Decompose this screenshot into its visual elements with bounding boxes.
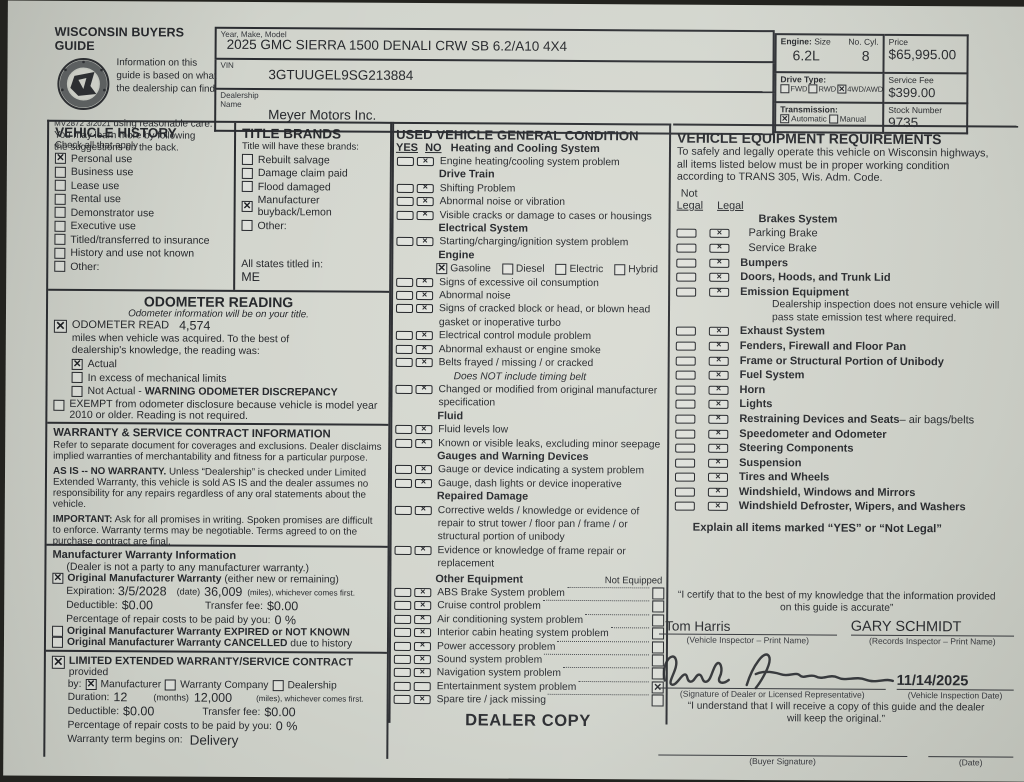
odometer-section: ODOMETER READING Odometer information wi… (47, 289, 389, 424)
no-checkbox (415, 465, 432, 474)
history-item: Business use (55, 166, 230, 179)
odometer-value: 4,574 (179, 319, 210, 333)
condition-item-label: Abnormal exhaust or engine smoke (439, 343, 666, 358)
vehicle-history-title: VEHICLE HISTORY (55, 125, 230, 141)
yes-checkbox (396, 331, 413, 340)
equipment-column: VEHICLE EQUIPMENT REQUIREMENTS To safely… (671, 124, 1018, 536)
vehicle-inspector-name: Tom Harris (659, 618, 837, 634)
condition-item-label: Visible cracks or damage to cases or hou… (440, 209, 667, 224)
manual-checkbox (829, 115, 838, 124)
other-equipment-label: Air conditioning system problem (437, 613, 583, 627)
equipment-item-label: Speedometer and Odometer (739, 426, 886, 441)
legal-checkbox (709, 229, 729, 238)
yes-checkbox (395, 438, 412, 447)
brand-checkbox (242, 181, 253, 192)
condition-item-label: Abnormal noise or vibration (440, 195, 667, 210)
not-legal-checkbox (676, 342, 696, 351)
left-column: VEHICLE HISTORY Check all that apply Per… (43, 120, 392, 759)
not-legal-checkbox (675, 473, 695, 482)
yes-checkbox (397, 184, 414, 193)
form-title: WISCONSIN BUYERS GUIDE (55, 25, 227, 54)
no-checkbox (416, 358, 433, 367)
vin-value: 3GTUUGEL9SG213884 (268, 67, 768, 85)
yes-checkbox (394, 615, 411, 624)
condition-list-2: Signs of excessive oil consumption Abnor… (393, 276, 666, 573)
year-make-model-field: Year, Make, Model 2025 GMC SIERRA 1500 D… (215, 27, 775, 63)
equipment-item-label: Restraining Devices and Seats (739, 412, 899, 428)
history-checkbox (55, 207, 66, 218)
history-checkbox (55, 153, 66, 164)
records-inspector-name: GARY SCHMIDT (851, 619, 1014, 636)
warranty-info-section: WARRANTY & SERVICE CONTRACT INFORMATION … (47, 422, 389, 546)
history-item: Titled/transferred to insurance (54, 233, 229, 246)
not-legal-checkbox (676, 229, 696, 238)
history-checkbox (54, 234, 65, 245)
condition-row: Evidence or knowledge of frame repair or… (393, 544, 664, 572)
other-equipment-label: Sound system problem (437, 653, 542, 667)
no-checkbox (414, 615, 431, 624)
history-item-label: Lease use (71, 179, 120, 191)
dealer-signature-field: (Signature of Dealer or Licensed Represe… (659, 646, 887, 699)
no-checkbox (416, 385, 433, 394)
equipment-item-label: Bumpers (740, 256, 788, 271)
not-legal-checkbox (675, 400, 695, 409)
equipment-item-label: Doors, Hoods, and Trunk Lid (740, 270, 890, 286)
transfer-fee-value: $0.00 (267, 599, 298, 613)
first-section-heading: Heating and Cooling System (451, 142, 600, 155)
condition-row: Changed or modified from original manufa… (394, 383, 665, 411)
brand-item-label: Damage claim paid (258, 167, 348, 180)
equipment-item-label: Fuel System (740, 368, 805, 383)
yes-checkbox (394, 588, 411, 597)
history-item-label: Demonstrator use (71, 206, 155, 219)
no-checkbox (414, 668, 431, 677)
equipment-heading: Brakes System (759, 212, 838, 227)
records-inspector-field: GARY SCHMIDT (Records Inspector – Print … (851, 619, 1014, 647)
legal-checkbox (708, 502, 728, 511)
automatic-checkbox (780, 114, 789, 123)
not-legal-checkbox (676, 273, 696, 282)
yes-checkbox (394, 668, 411, 677)
condition-item-label: Changed or modified from original manufa… (438, 383, 665, 411)
history-checkbox (54, 247, 65, 258)
legal-checkbox (708, 444, 728, 453)
no-checkbox (416, 304, 433, 313)
yes-checkbox (397, 210, 414, 219)
legal-checkbox (709, 288, 729, 297)
duration-value: 12 (113, 690, 127, 704)
condition-note: Does NOT include timing belt (454, 370, 587, 384)
drive-type-field: Drive Type: FWD RWD 4WD/AWD (774, 73, 884, 104)
not-legal-checkbox (675, 414, 695, 423)
no-checkbox (414, 642, 431, 651)
yes-checkbox (394, 601, 411, 610)
titled-in-label: All states titled in: (241, 257, 385, 270)
brand-item: Flood damaged (242, 180, 386, 193)
history-checkbox (54, 220, 65, 231)
legal-checkbox (709, 356, 729, 365)
no-checkbox (416, 278, 433, 287)
yes-checkbox (396, 358, 413, 367)
legal-checkbox (709, 385, 729, 394)
history-checkbox (55, 166, 66, 177)
history-item: Demonstrator use (55, 206, 230, 219)
service-fee-value: $399.00 (888, 85, 962, 100)
explain-instruction: Explain all items marked “YES” or “Not L… (693, 522, 1016, 536)
condition-item-label: Corrective welds / knowledge or evidence… (438, 504, 665, 546)
dotted-leader (578, 681, 648, 682)
not-equipped-header: Not Equipped (605, 575, 663, 586)
yes-checkbox (395, 479, 412, 488)
condition-section-heading: Gauges and Warning Devices (437, 450, 588, 464)
dotted-leader (611, 627, 649, 628)
warranty-miles-value: 36,009 (204, 585, 242, 599)
not-legal-checkbox (676, 371, 696, 380)
not-legal-checkbox (676, 385, 696, 394)
equipment-item-label: Exhaust System (740, 324, 825, 339)
ext-transfer-fee-value: $0.00 (264, 705, 295, 719)
history-item: Executive use (54, 220, 229, 233)
condition-section-heading: Drive Train (439, 169, 495, 183)
year-make-model-value: 2025 GMC SIERRA 1500 DENALI CRW SB 6.2/A… (227, 37, 769, 55)
brand-item-label: Other: (257, 220, 286, 232)
rwd-checkbox (808, 84, 817, 93)
condition-column: USED VEHICLE GENERAL CONDITION YES NO He… (388, 122, 671, 725)
dotted-leader (548, 694, 649, 696)
brand-item: Rebuilt salvage (242, 153, 386, 166)
no-checkbox (414, 588, 431, 597)
not-legal-checkbox (675, 458, 695, 467)
no-checkbox (416, 291, 433, 300)
history-item-label: Other: (70, 260, 99, 272)
expiration-value: 3/5/2028 (118, 584, 167, 598)
inspection-date-field: 11/14/2025 (Vehicle Inspection Date) (896, 673, 1013, 701)
yes-checkbox (395, 425, 412, 434)
buyer-date-field: (Date) (928, 756, 1013, 768)
no-checkbox (416, 345, 433, 354)
brand-checkbox (242, 167, 253, 178)
condition-item-label: Gauge or device indicating a system prob… (438, 463, 665, 478)
condition-item-label: Shifting Problem (440, 182, 667, 197)
engine-field: Engine: SizeNo. Cyl. 6.2L 8 (774, 33, 884, 74)
legal-checkbox (709, 371, 729, 380)
buyer-signature-field: (Buyer Signature) (658, 754, 907, 767)
expired-checkbox (52, 626, 63, 637)
equipment-col-headers: Not LegalLegal (677, 187, 1018, 213)
condition-item-label: Fluid levels low (438, 423, 665, 438)
brand-item: Damage claim paid (242, 167, 386, 180)
orig-warranty-checkbox (52, 573, 63, 584)
price-field: Price $65,995.00 (884, 34, 968, 75)
dealer-copy-label: DEALER COPY (392, 711, 663, 732)
not-legal-checkbox (675, 429, 695, 438)
condition-item-label: Signs of excessive oil consumption (439, 276, 666, 291)
other-equipment-label: Spare tire / jack missing (437, 693, 546, 707)
yes-checkbox (395, 505, 412, 514)
yes-checkbox (394, 655, 411, 664)
yes-checkbox (397, 197, 414, 206)
gasoline-checkbox (436, 264, 447, 275)
legal-checkbox (708, 429, 728, 438)
not-legal-checkbox (675, 502, 695, 511)
no-checkbox (414, 695, 431, 704)
condition-row: Signs of cracked block or head, or blown… (395, 302, 666, 330)
fuel-type-row: Gasoline Diesel Electric Hybrid (435, 262, 666, 277)
title-brands-title: TITLE BRANDS (242, 126, 386, 142)
service-fee-field: Service Fee $399.00 (884, 74, 968, 105)
history-item-label: Titled/transferred to insurance (70, 233, 209, 246)
actual-checkbox (72, 358, 83, 369)
no-checkbox (414, 682, 431, 691)
history-item-label: Executive use (70, 220, 135, 232)
no-checkbox (416, 331, 433, 340)
extended-warranty-section: LIMITED EXTENDED WARRANTY/SERVICE CONTRA… (45, 650, 387, 759)
yes-checkbox (396, 385, 413, 394)
legal-checkbox (709, 244, 729, 253)
title-brands-list: Rebuilt salvage Damage claim paid Flood … (241, 153, 385, 232)
history-checkbox (54, 261, 65, 272)
history-item: Lease use (55, 179, 230, 192)
yes-checkbox (395, 546, 412, 555)
yes-checkbox (394, 641, 411, 650)
history-item: Personal use (55, 152, 230, 165)
odometer-read-checkbox (54, 320, 67, 333)
certification-block: “I certify that to the best of my knowle… (658, 589, 1014, 767)
by-dealership-checkbox (272, 680, 283, 691)
no-checkbox (417, 157, 434, 166)
not-legal-checkbox (676, 327, 696, 336)
condition-item-label: Engine heating/cooling system problem (440, 155, 667, 170)
dotted-leader (543, 600, 649, 602)
header-vehicle-block: Year, Make, Model 2025 GMC SIERRA 1500 D… (214, 27, 775, 135)
condition-item-label: Signs of cracked block or head, or blown… (439, 303, 666, 331)
inspection-date-value: 11/14/2025 (897, 673, 1014, 690)
hybrid-checkbox (614, 265, 625, 276)
fwd-checkbox (780, 84, 789, 93)
by-manufacturer-checkbox (85, 679, 96, 690)
begins-on-value: Delivery (190, 733, 239, 748)
vehicle-history-list: Personal use Business use Lease use (54, 152, 230, 273)
deductible-value: $0.00 (122, 598, 153, 612)
condition-item-label: Evidence or knowledge of frame repair or… (437, 544, 664, 572)
vin-field: VIN 3GTUUGEL9SG213884 (214, 60, 774, 93)
buyers-guide-form: WISCONSIN BUYERS GUIDE Information on th… (3, 0, 1024, 768)
condition-section-heading: Repaired Damage (437, 490, 528, 504)
history-item: Other: (54, 260, 229, 273)
no-checkbox (415, 425, 432, 434)
by-warranty-co-checkbox (165, 679, 176, 690)
legal-checkbox (709, 258, 729, 267)
title-brands-section: TITLE BRANDS Title will have these brand… (233, 123, 390, 291)
no-checkbox (414, 628, 431, 637)
condition-item-label: Belts frayed / missing / or cracked (439, 356, 666, 371)
history-item-label: Rental use (71, 193, 121, 205)
other-equipment-label: Navigation system problem (437, 667, 561, 681)
equipment-row: Windshield Defroster, Wipers, and Washer… (675, 499, 1016, 516)
other-equipment-list: ABS Brake System problem Cruise control … (393, 586, 665, 708)
ext-deductible-value: $0.00 (123, 704, 154, 718)
equipment-item-label: Windshield Defroster, Wipers, and Washer… (739, 499, 966, 515)
other-equipment-label: Interior cabin heating system problem (437, 626, 609, 640)
titled-in-value: ME (241, 269, 385, 284)
no-checkbox (417, 197, 434, 206)
yes-checkbox (394, 695, 411, 704)
brand-checkbox (242, 154, 253, 165)
yes-checkbox (394, 682, 411, 691)
history-checkbox (55, 180, 66, 191)
no-checkbox (417, 184, 434, 193)
certify-statement: “I certify that to the best of my knowle… (659, 589, 1014, 615)
yes-checkbox (397, 157, 414, 166)
history-item-label: Personal use (71, 152, 132, 164)
dotted-leader (563, 667, 649, 669)
legal-checkbox (709, 342, 729, 351)
brand-checkbox (242, 200, 253, 211)
condition-item-label: Gauge, dash lights or device inoperative (438, 477, 665, 492)
condition-item-label: Abnormal noise (439, 289, 666, 304)
condition-section-heading: Fluid (437, 410, 463, 424)
yes-checkbox (395, 465, 412, 474)
electric-checkbox (555, 264, 566, 275)
condition-section-heading: Engine (438, 249, 474, 263)
equipment-subitem-label: Parking Brake (748, 226, 817, 241)
dotted-leader (567, 587, 649, 589)
equipment-subitem-label: Service Brake (748, 241, 817, 256)
history-checkbox (55, 193, 66, 204)
condition-row: Corrective welds / knowledge or evidence… (394, 503, 665, 545)
acknowledgment-statement: “I understand that I will receive a copy… (658, 700, 1013, 726)
equipment-item-label: Steering Components (739, 441, 853, 456)
yes-column-header: YES (396, 142, 418, 154)
yes-checkbox (396, 291, 413, 300)
cancelled-checkbox (52, 637, 63, 648)
other-equipment-row: Spare tire / jack missing (393, 693, 664, 708)
no-checkbox (415, 439, 432, 448)
yes-checkbox (396, 304, 413, 313)
history-item: History and use not known (54, 247, 229, 260)
no-checkbox (417, 211, 434, 220)
no-checkbox (415, 546, 432, 555)
legal-checkbox (709, 327, 729, 336)
excess-checkbox (72, 372, 83, 383)
legal-checkbox (708, 400, 728, 409)
equipment-item-label: Windshield, Windows and Mirrors (739, 485, 916, 501)
warranty-title: WARRANTY & SERVICE CONTRACT INFORMATION (53, 427, 382, 441)
awd-checkbox (837, 85, 846, 94)
yes-checkbox (394, 628, 411, 637)
diesel-checkbox (502, 264, 513, 275)
engine-size-value: 6.2L (793, 47, 820, 63)
ext-repair-pct-value: 0 % (276, 719, 298, 733)
header-specs-block: Engine: SizeNo. Cyl. 6.2L 8 Price $65,99… (774, 33, 969, 134)
equipment-item-label: Tires and Wheels (739, 470, 829, 485)
not-legal-checkbox (675, 444, 695, 453)
equipment-intro: To safely and legally operate this vehic… (677, 146, 997, 186)
no-checkbox (415, 506, 432, 515)
other-equipment-label: Cruise control problem (437, 600, 541, 614)
other-equipment-label: ABS Brake System problem (437, 586, 565, 600)
condition-list-1: Engine heating/cooling system problem Dr… (395, 155, 667, 264)
equipment-item-label: Fenders, Firewall and Floor Pan (740, 339, 906, 355)
brand-checkbox (241, 220, 252, 231)
condition-title: USED VEHICLE GENERAL CONDITION (396, 127, 667, 144)
history-item: Rental use (55, 193, 230, 206)
not-actual-checkbox (71, 385, 82, 396)
no-checkbox (415, 479, 432, 488)
dotted-leader (544, 654, 649, 656)
equipment-list: Brakes System Parking Brake Service Brak… (675, 211, 1018, 515)
condition-section-heading: Electrical System (438, 222, 528, 236)
history-item-label: Business use (71, 166, 134, 178)
brand-item-label: Flood damaged (258, 181, 331, 193)
wisconsin-dot-seal-logo (56, 56, 110, 117)
vehicle-inspector-field: Tom Harris (Vehicle Inspector – Print Na… (659, 618, 837, 645)
legal-checkbox (708, 488, 728, 497)
not-legal-checkbox (675, 487, 695, 496)
brand-item-label: Manufacturer buyback/Lemon (258, 194, 386, 219)
not-legal-checkbox (676, 287, 696, 296)
condition-item-label: Starting/charging/ignition system proble… (439, 236, 666, 251)
condition-item-label: Electrical control module problem (439, 329, 666, 344)
other-equipment-label: Power accessory problem (437, 640, 556, 654)
other-equipment-heading: Other Equipment (435, 573, 523, 587)
duration-miles-value: 12,000 (194, 691, 232, 705)
brand-item: Other: (241, 219, 385, 232)
legal-checkbox (708, 458, 728, 467)
legal-checkbox (708, 473, 728, 482)
yes-checkbox (396, 237, 413, 246)
no-checkbox (416, 237, 433, 246)
equipment-item-label: Lights (739, 397, 772, 412)
other-equipment-label: Entertainment system problem (437, 680, 577, 694)
cylinders-value: 8 (862, 48, 870, 64)
no-checkbox (414, 655, 431, 664)
exempt-checkbox (53, 399, 64, 410)
brand-item: Manufacturer buyback/Lemon (242, 194, 386, 219)
price-value: $65,995.00 (889, 47, 963, 62)
dotted-leader (585, 614, 649, 615)
condition-item-label: Known or visible leaks, excluding minor … (438, 437, 665, 452)
dotted-leader (557, 640, 649, 642)
equipment-item-label: Horn (739, 383, 765, 398)
equipment-note: Dealership inspection does not ensure ve… (772, 300, 1004, 326)
equipment-item-label: Suspension (739, 456, 801, 471)
no-checkbox (414, 601, 431, 610)
yes-checkbox (396, 278, 413, 287)
not-legal-checkbox (676, 258, 696, 267)
legal-checkbox (708, 415, 728, 424)
not-legal-checkbox (676, 356, 696, 365)
equipment-item-label: Emission Equipment (740, 285, 849, 300)
yes-checkbox (396, 345, 413, 354)
brand-item-label: Rebuilt salvage (258, 154, 330, 166)
mfr-warranty-section: Manufacturer Warranty Information (Deale… (46, 544, 388, 652)
equipment-item-label: Frame or Structural Portion of Unibody (740, 353, 944, 369)
history-item-label: History and use not known (70, 247, 194, 260)
not-legal-checkbox (676, 244, 696, 253)
repair-pct-value: 0 % (274, 613, 296, 627)
legal-checkbox (709, 273, 729, 282)
no-column-header: NO (425, 142, 442, 154)
extended-warranty-checkbox (52, 656, 65, 669)
vehicle-history-section: VEHICLE HISTORY Check all that apply Per… (48, 122, 234, 290)
